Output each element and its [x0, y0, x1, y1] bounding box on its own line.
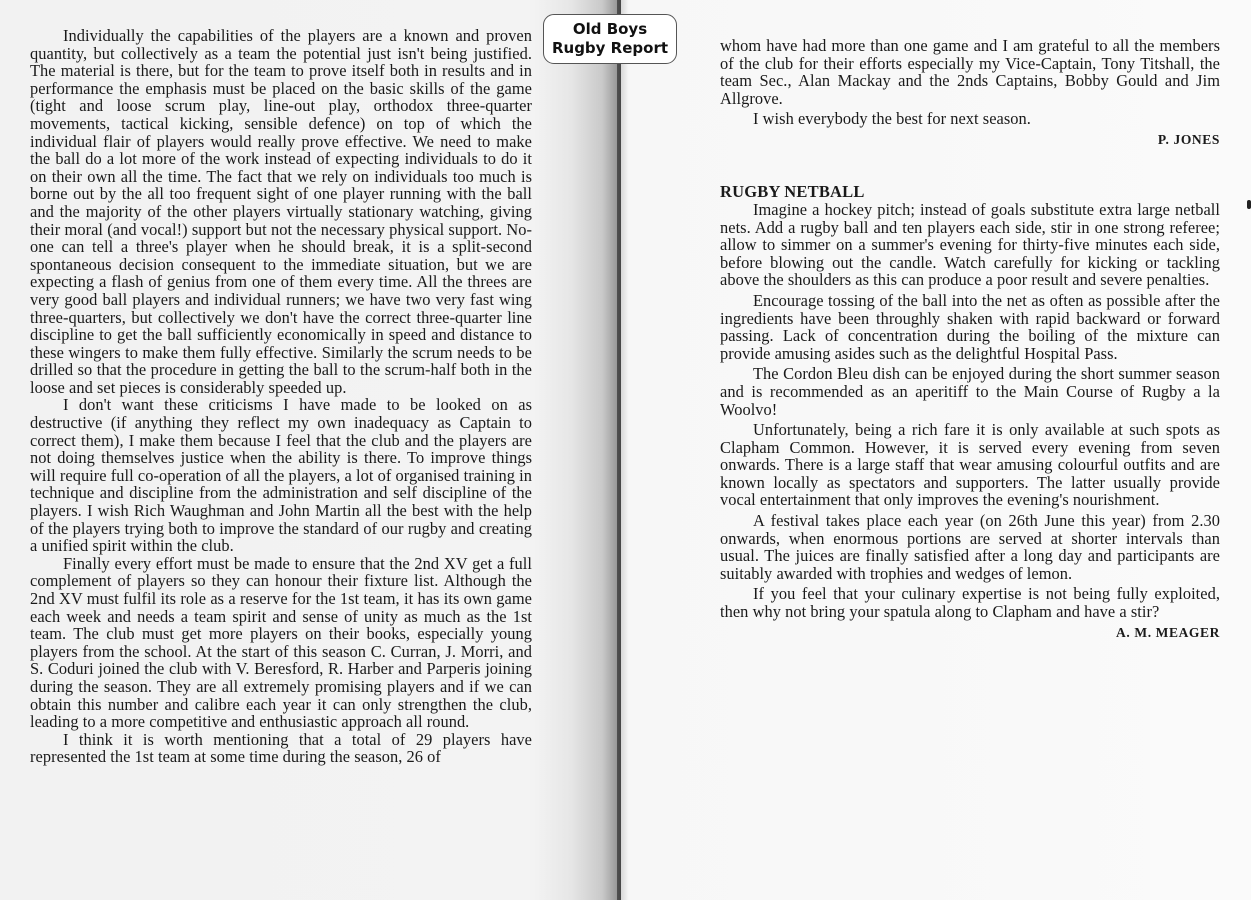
section-title: RUGBY NETBALL [720, 183, 1220, 201]
edge-mark [1247, 200, 1251, 209]
report-label-box: Old Boys Rugby Report [543, 14, 677, 64]
paragraph: Individually the capabilities of the pla… [30, 27, 532, 396]
label-line-2: Rugby Report [544, 39, 676, 58]
paragraph: If you feel that your culinary expertise… [720, 585, 1220, 620]
paragraph: Encourage tossing of the ball into the n… [720, 292, 1220, 362]
paragraph: Finally every effort must be made to ens… [30, 555, 532, 731]
book-spine [617, 0, 621, 900]
paragraph: I think it is worth mentioning that a to… [30, 731, 532, 766]
closing-paragraph: I wish everybody the best for next seaso… [720, 110, 1220, 128]
paragraph: Unfortunately, being a rich fare it is o… [720, 421, 1220, 509]
paragraph: I don't want these criticisms I have mad… [30, 396, 532, 554]
label-line-1: Old Boys [544, 20, 676, 39]
left-page-text: Individually the capabilities of the pla… [30, 27, 532, 766]
paragraph: Imagine a hockey pitch; instead of goals… [720, 201, 1220, 289]
right-page-text: whom have had more than one game and I a… [720, 37, 1220, 641]
book-spread: Individually the capabilities of the pla… [0, 0, 1251, 900]
continuation-paragraph: whom have had more than one game and I a… [720, 37, 1220, 107]
signature-a-m-meager: A. M. MEAGER [720, 624, 1220, 641]
paragraph: A festival takes place each year (on 26t… [720, 512, 1220, 582]
signature-p-jones: P. JONES [720, 131, 1220, 148]
paragraph: The Cordon Bleu dish can be enjoyed duri… [720, 365, 1220, 418]
